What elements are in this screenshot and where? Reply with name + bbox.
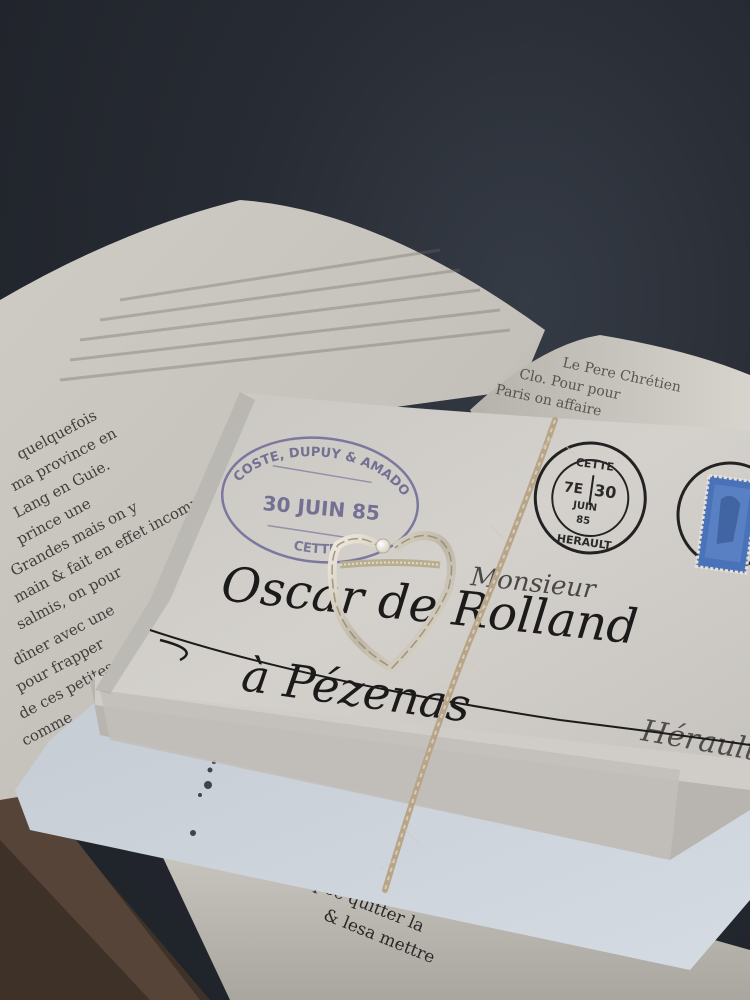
photo-scene: quelquefois ma province en Lang en Guie.…	[0, 0, 750, 1000]
baguette-stones	[332, 536, 451, 669]
heart-ring	[0, 0, 750, 1000]
pearl-accent	[376, 539, 390, 553]
ring-heart-frame	[332, 536, 451, 669]
